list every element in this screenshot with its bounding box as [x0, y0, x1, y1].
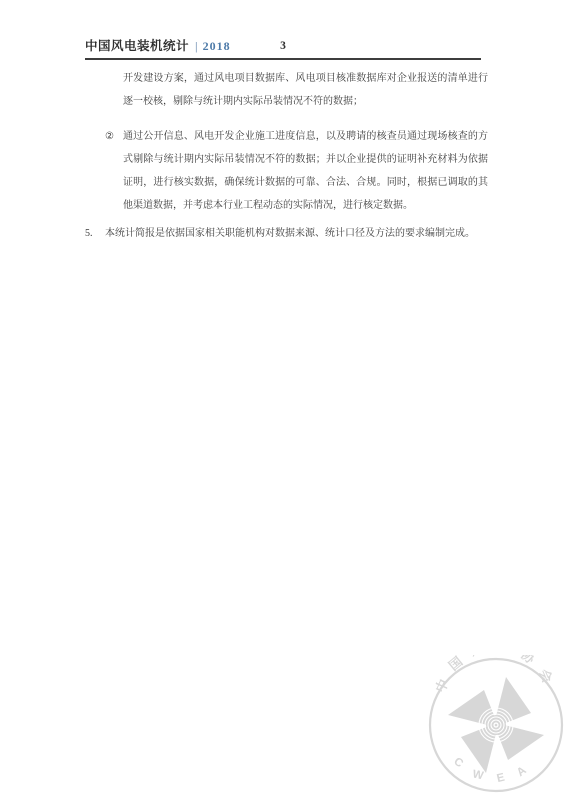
cwea-watermark-logo: 中国风能协会 CWEA	[426, 655, 566, 795]
pinwheel-blade	[493, 677, 531, 728]
pinwheel-blade	[448, 690, 499, 728]
cwea-logo-svg: 中国风能协会 CWEA	[426, 655, 566, 795]
pinwheel-icon	[448, 677, 544, 773]
header-separator: |	[195, 39, 198, 54]
watermark-org-name-cn: 中国风能协会	[433, 655, 560, 695]
document-title: 中国风电装机统计	[85, 39, 189, 54]
paragraph-item1-continuation: 开发建设方案，通过风电项目数据库、风电项目核准数据库对企业报送的清单进行逐一校核…	[123, 67, 488, 113]
watermark-org-abbr: CWEA	[451, 756, 540, 786]
subitem-2-text: 通过公开信息、风电开发企业施工进度信息，以及聘请的核查员通过现场核查的方式剔除与…	[123, 125, 488, 217]
pinwheel-blade	[493, 722, 544, 760]
center-rings-icon	[479, 708, 513, 742]
list-subitem-2: ② 通过公开信息、风电开发企业施工进度信息，以及聘请的核查员通过现场核查的方式剔…	[105, 125, 488, 217]
document-body: 开发建设方案，通过风电项目数据库、风电项目核准数据库对企业报送的清单进行逐一校核…	[85, 67, 488, 245]
pinwheel-blade	[461, 722, 499, 773]
document-year: 2018	[203, 39, 231, 54]
header-row: 中国风电装机统计 | 2018 3	[85, 39, 481, 54]
page-header: 中国风电装机统计 | 2018 3	[85, 0, 481, 60]
subitem-2-marker: ②	[105, 125, 123, 217]
document-page: 中国风电装机统计 | 2018 3 开发建设方案，通过风电项目数据库、风电项目核…	[0, 0, 566, 800]
center-dot	[495, 724, 498, 727]
item-5-text: 本统计简报是依据国家相关职能机构对数据来源、统计口径及方法的要求编制完成。	[105, 222, 488, 245]
watermark-outer-ring	[430, 659, 562, 791]
list-item-5: 5. 本统计简报是依据国家相关职能机构对数据来源、统计口径及方法的要求编制完成。	[85, 222, 488, 245]
pinwheel-hub	[486, 715, 506, 735]
item-5-marker: 5.	[85, 222, 105, 245]
page-number: 3	[280, 39, 286, 54]
